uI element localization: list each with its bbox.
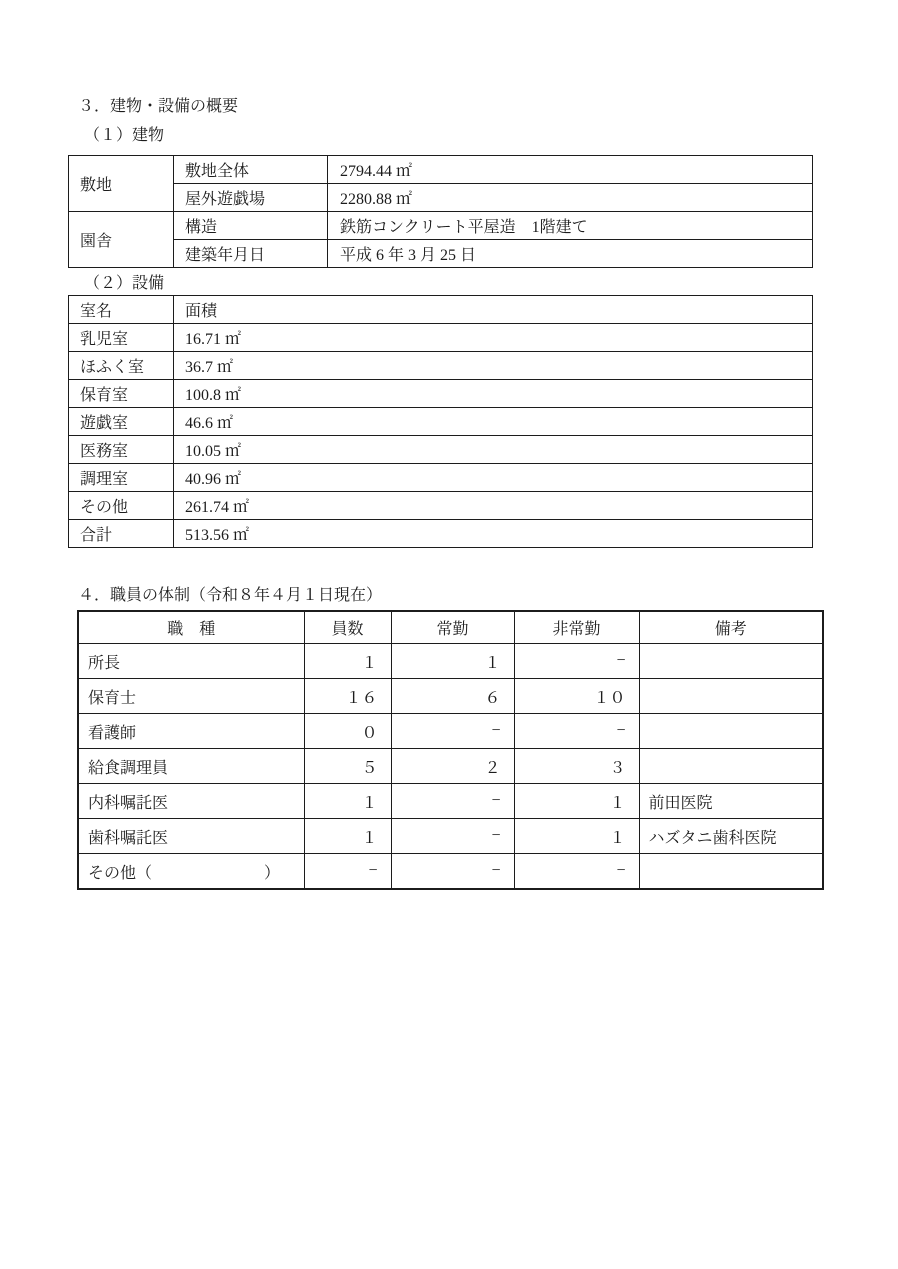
table-row: その他（ ） − − − — [78, 854, 823, 890]
table-row: 敷地 敷地全体 2794.44 ㎡ — [69, 156, 813, 184]
staff-count-cell: １６ — [304, 679, 391, 714]
table-row: 内科嘱託医 １ − １ 前田医院 — [78, 784, 823, 819]
staff-parttime-header: 非常勤 — [514, 611, 639, 644]
staff-type-cell: 給食調理員 — [78, 749, 304, 784]
table-row: 給食調理員 ５ ２ ３ — [78, 749, 823, 784]
staff-parttime-cell: − — [514, 854, 639, 890]
staff-note-header: 備考 — [639, 611, 823, 644]
room-area-cell: 16.71 ㎡ — [174, 324, 813, 352]
staff-fulltime-cell: − — [391, 784, 514, 819]
building-item-label: 構造 — [174, 212, 328, 240]
room-area-cell: 10.05 ㎡ — [174, 436, 813, 464]
staff-parttime-cell: １ — [514, 819, 639, 854]
table-row: 所長 １ １ − — [78, 644, 823, 679]
staff-table: 職 種 員数 常勤 非常勤 備考 所長 １ １ − 保育士 １６ ６ １０ — [77, 610, 824, 890]
building-item-label: 建築年月日 — [174, 240, 328, 268]
building-table: 敷地 敷地全体 2794.44 ㎡ 屋外遊戯場 2280.88 ㎡ 園舎 構造 … — [68, 155, 813, 268]
staff-count-cell: − — [304, 854, 391, 890]
staff-parttime-cell: − — [514, 644, 639, 679]
staff-type-cell: その他（ ） — [78, 854, 304, 890]
room-name-cell: ほふく室 — [69, 352, 174, 380]
section-4-heading: ４．職員の体制（令和８年４月１日現在） — [78, 587, 382, 605]
room-name-cell: 遊戯室 — [69, 408, 174, 436]
staff-fulltime-header: 常勤 — [391, 611, 514, 644]
staff-type-cell: 歯科嘱託医 — [78, 819, 304, 854]
table-row: 保育士 １６ ６ １０ — [78, 679, 823, 714]
staff-note-cell — [639, 679, 823, 714]
staff-count-cell: ５ — [304, 749, 391, 784]
room-name-cell: 保育室 — [69, 380, 174, 408]
staff-count-header: 員数 — [304, 611, 391, 644]
table-row: 園舎 構造 鉄筋コンクリート平屋造 1階建て — [69, 212, 813, 240]
staff-note-cell — [639, 854, 823, 890]
staff-note-cell: 前田医院 — [639, 784, 823, 819]
table-row: 看護師 ０ − − — [78, 714, 823, 749]
staff-fulltime-cell: ６ — [391, 679, 514, 714]
building-item-value: 鉄筋コンクリート平屋造 1階建て — [328, 212, 813, 240]
room-area-cell: 261.74 ㎡ — [174, 492, 813, 520]
building-item-value: 2280.88 ㎡ — [328, 184, 813, 212]
building-item-label: 屋外遊戯場 — [174, 184, 328, 212]
staff-count-cell: １ — [304, 819, 391, 854]
staff-parttime-cell: − — [514, 714, 639, 749]
table-row: 医務室 10.05 ㎡ — [69, 436, 813, 464]
room-area-cell: 40.96 ㎡ — [174, 464, 813, 492]
building-group-label: 園舎 — [69, 212, 174, 268]
table-row: 乳児室 16.71 ㎡ — [69, 324, 813, 352]
staff-note-cell: ハズタニ歯科医院 — [639, 819, 823, 854]
staff-note-cell — [639, 714, 823, 749]
subsection-equipment-heading: （２）設備 — [84, 275, 164, 293]
table-row: 合計 513.56 ㎡ — [69, 520, 813, 548]
staff-note-cell — [639, 749, 823, 784]
subsection-building-heading: （１）建物 — [84, 127, 164, 145]
building-item-label: 敷地全体 — [174, 156, 328, 184]
staff-parttime-cell: ３ — [514, 749, 639, 784]
staff-count-cell: ０ — [304, 714, 391, 749]
staff-note-cell — [639, 644, 823, 679]
document-page: ３．建物・設備の概要 （１）建物 敷地 敷地全体 2794.44 ㎡ 屋外遊戯場… — [0, 0, 898, 1269]
room-name-cell: 乳児室 — [69, 324, 174, 352]
table-row: 遊戯室 46.6 ㎡ — [69, 408, 813, 436]
room-area-cell: 46.6 ㎡ — [174, 408, 813, 436]
room-name-cell: 合計 — [69, 520, 174, 548]
staff-fulltime-cell: ２ — [391, 749, 514, 784]
staff-type-cell: 内科嘱託医 — [78, 784, 304, 819]
room-area-cell: 513.56 ㎡ — [174, 520, 813, 548]
room-area-cell: 100.8 ㎡ — [174, 380, 813, 408]
staff-count-cell: １ — [304, 784, 391, 819]
table-header-row: 職 種 員数 常勤 非常勤 備考 — [78, 611, 823, 644]
building-item-value: 平成 6 年 3 月 25 日 — [328, 240, 813, 268]
building-group-label: 敷地 — [69, 156, 174, 212]
table-row: ほふく室 36.7 ㎡ — [69, 352, 813, 380]
room-name-cell: その他 — [69, 492, 174, 520]
table-row: 歯科嘱託医 １ − １ ハズタニ歯科医院 — [78, 819, 823, 854]
building-item-value: 2794.44 ㎡ — [328, 156, 813, 184]
table-row: 保育室 100.8 ㎡ — [69, 380, 813, 408]
staff-fulltime-cell: − — [391, 819, 514, 854]
room-name-cell: 医務室 — [69, 436, 174, 464]
staff-fulltime-cell: １ — [391, 644, 514, 679]
staff-type-header: 職 種 — [78, 611, 304, 644]
room-area-cell: 36.7 ㎡ — [174, 352, 813, 380]
section-3-heading: ３．建物・設備の概要 — [78, 98, 238, 116]
staff-fulltime-cell: − — [391, 714, 514, 749]
table-row: その他 261.74 ㎡ — [69, 492, 813, 520]
room-name-cell: 調理室 — [69, 464, 174, 492]
table-header-row: 室名 面積 — [69, 296, 813, 324]
equipment-area-header: 面積 — [174, 296, 813, 324]
staff-type-cell: 看護師 — [78, 714, 304, 749]
staff-parttime-cell: １０ — [514, 679, 639, 714]
equipment-table: 室名 面積 乳児室 16.71 ㎡ ほふく室 36.7 ㎡ 保育室 100.8 … — [68, 295, 813, 548]
table-row: 屋外遊戯場 2280.88 ㎡ — [69, 184, 813, 212]
staff-parttime-cell: １ — [514, 784, 639, 819]
staff-count-cell: １ — [304, 644, 391, 679]
equipment-room-header: 室名 — [69, 296, 174, 324]
table-row: 調理室 40.96 ㎡ — [69, 464, 813, 492]
table-row: 建築年月日 平成 6 年 3 月 25 日 — [69, 240, 813, 268]
staff-fulltime-cell: − — [391, 854, 514, 890]
staff-type-cell: 所長 — [78, 644, 304, 679]
staff-type-cell: 保育士 — [78, 679, 304, 714]
